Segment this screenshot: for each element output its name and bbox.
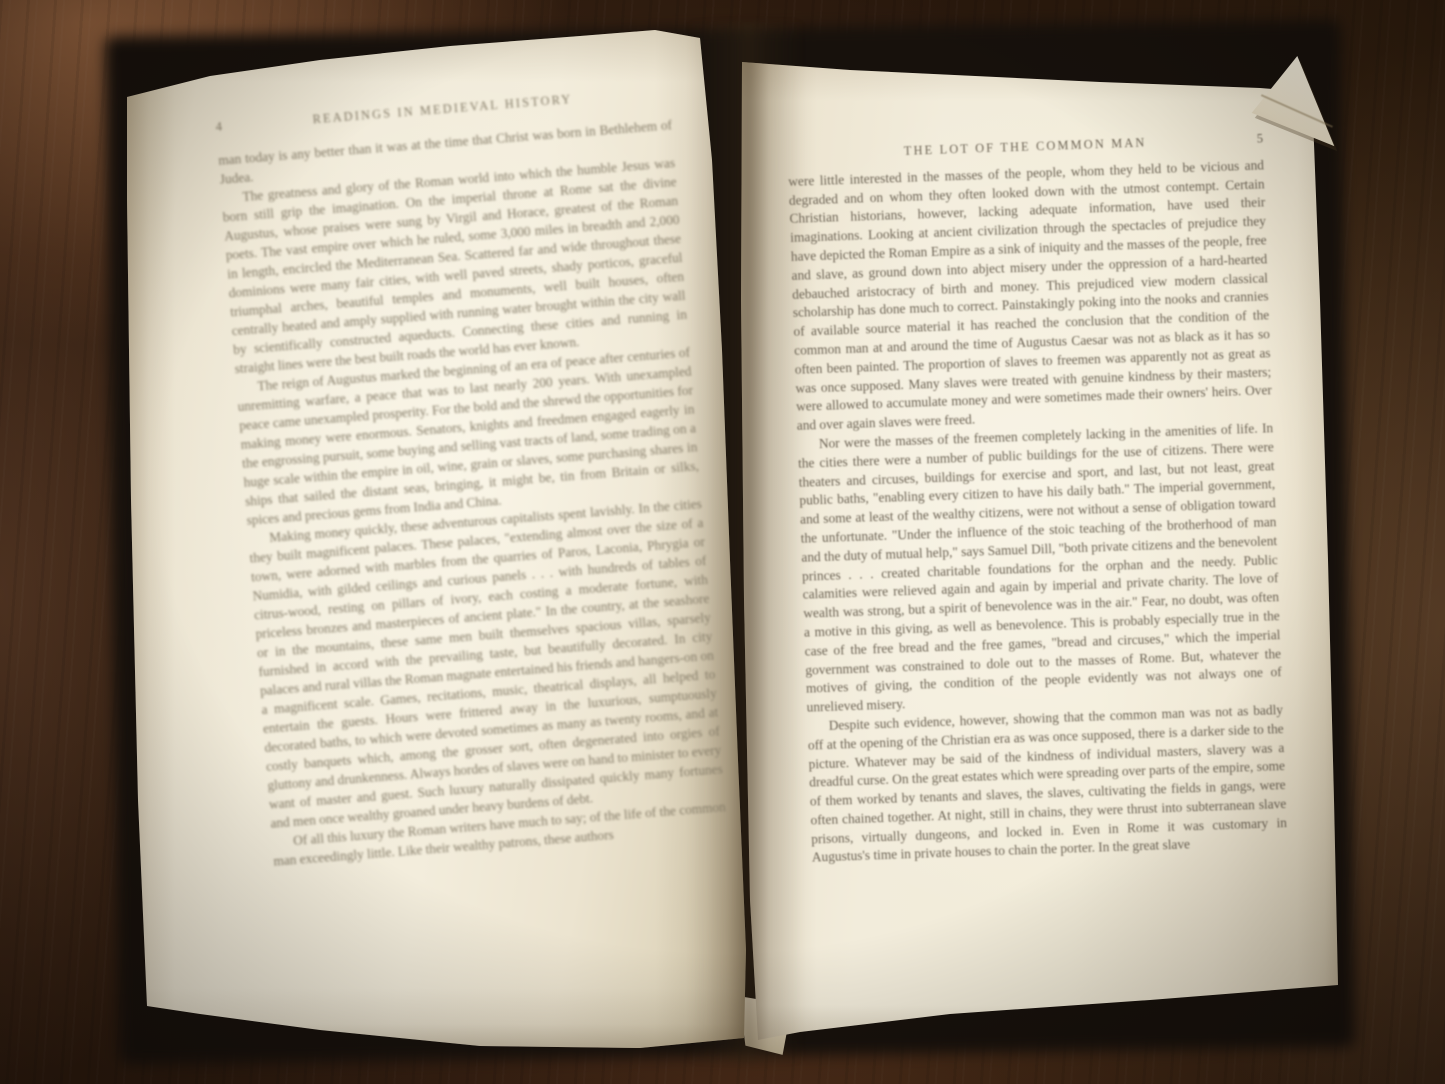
folded-page-corner: [1250, 56, 1336, 154]
photo-open-book: 4 READINGS IN MEDIEVAL HISTORY man today…: [0, 0, 1445, 1084]
right-page: [735, 55, 1345, 1055]
left-page: [127, 30, 747, 1050]
folded-corner-flap: [1250, 56, 1336, 154]
